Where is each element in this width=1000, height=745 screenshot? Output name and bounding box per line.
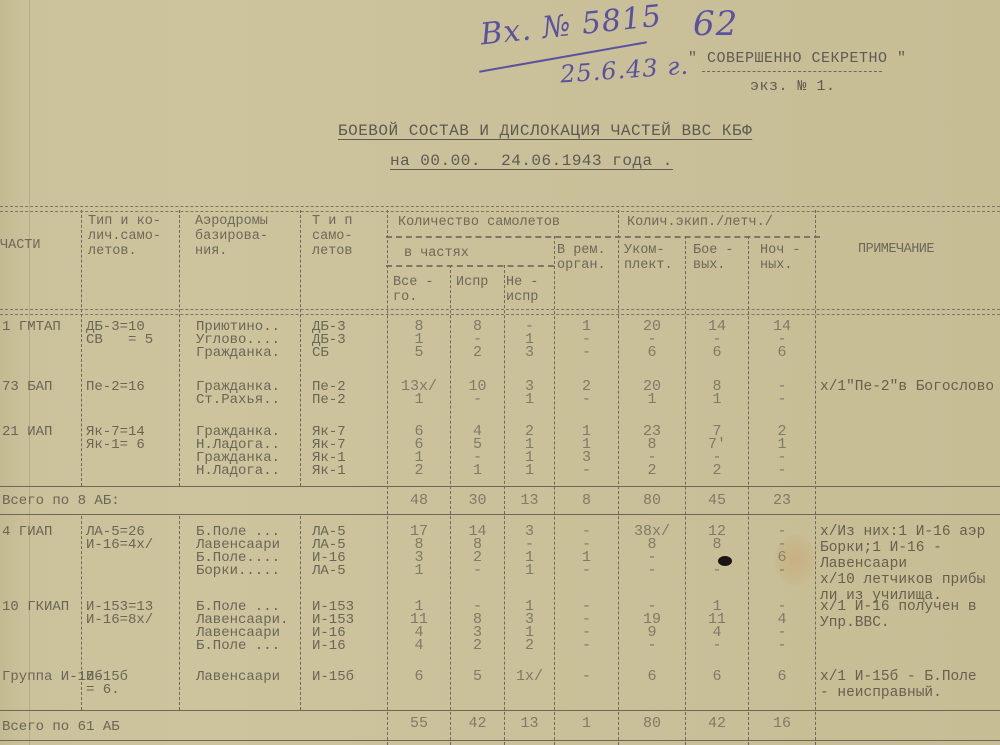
col-divider: [815, 210, 816, 745]
paper-fold: [29, 0, 30, 745]
handwritten-page-number: 62: [693, 4, 738, 44]
type-count: Як-1= 6: [86, 438, 145, 452]
cell-unserviceable: 1: [505, 564, 554, 578]
ink-blot: [718, 556, 732, 566]
col-header-type-count: Тип и ко-лич.само-летов.: [88, 214, 161, 259]
remark: - неисправный.: [820, 686, 942, 701]
col-header-unserviceable: Не -испр: [506, 275, 538, 305]
remark: х/1 И-16 получен в: [820, 600, 977, 615]
subtotal-1-top-rule: [0, 486, 1000, 487]
cell-complete: 2: [619, 464, 685, 478]
subtotal-cell: 1: [555, 717, 618, 731]
airfield: Б.Поле ...: [196, 639, 280, 653]
type-count: Пе-2=16: [86, 380, 145, 394]
cell-serviceable: -: [451, 393, 504, 407]
airfield: Борки.....: [196, 564, 280, 578]
col-header-remarks: ПРИМЕЧАНИЕ: [858, 242, 934, 257]
subtotal-cell: 13: [505, 717, 554, 731]
cell-combat: 6: [686, 346, 748, 360]
col-divider: [685, 236, 686, 745]
cell-combat: 8: [686, 538, 748, 552]
col-header-aircraft-count: Количество самолетов: [398, 215, 560, 230]
cell-unserviceable: 1х/: [505, 670, 554, 684]
cell-total: 6: [388, 670, 450, 684]
subtotal-cell: 55: [388, 717, 450, 731]
airfield: Ст.Рахья..: [196, 393, 280, 407]
remark: х/Из них:1 И-16 аэр: [820, 525, 985, 540]
unit-name: 21 ИАП: [2, 425, 52, 439]
airfield: Гражданка.: [196, 346, 280, 360]
aircraft-type: СБ: [312, 346, 329, 360]
cell-serviceable: -: [451, 564, 504, 578]
subtotal-cell: 16: [749, 717, 815, 731]
subtotal-cell: 45: [686, 494, 748, 508]
cell-night: -: [749, 393, 815, 407]
cell-total: 5: [388, 346, 450, 360]
cell-repair: -: [555, 670, 618, 684]
type-count: И-16=8х/: [86, 613, 153, 627]
cell-complete: 6: [619, 670, 685, 684]
subtotal-1-bottom-rule: [0, 514, 1000, 515]
copy-number: экз. № 1.: [750, 78, 836, 95]
subtotal-cell: 8: [555, 494, 618, 508]
cell-unserviceable: 1: [505, 464, 554, 478]
subtotal-cell: 13: [505, 494, 554, 508]
subtotal-cell: 42: [686, 717, 748, 731]
document-subtitle: на 00.00. 24.06.1943 года .: [390, 152, 673, 170]
unit-name: 10 ГКИАП: [2, 600, 69, 614]
subtotal-2-top-rule: [0, 710, 1000, 711]
table-top-rule: [0, 206, 1000, 212]
paper-stain: [775, 535, 815, 585]
cell-serviceable: 2: [451, 639, 504, 653]
cell-repair: -: [555, 564, 618, 578]
cell-combat: -: [686, 639, 748, 653]
col-divider: [300, 516, 301, 710]
cell-complete: 1: [619, 393, 685, 407]
col-divider: [748, 236, 749, 745]
document-title: БОЕВОЙ СОСТАВ И ДИСЛОКАЦИЯ ЧАСТЕЙ ВВС КБ…: [338, 122, 752, 140]
type-count: И-16=4х/: [86, 538, 153, 552]
type-count: СВ = 5: [86, 333, 153, 347]
aircraft-type: И-15б: [312, 670, 354, 684]
header-bottom-rule: [0, 309, 1000, 315]
cell-total: 2: [388, 464, 450, 478]
remark: х/1 И-15б - Б.Поле: [820, 670, 977, 685]
col-header-night: Ноч -ных.: [760, 243, 801, 273]
cell-combat: 2: [686, 464, 748, 478]
col-header-airfields: Аэродромыбазирова-ния.: [195, 214, 268, 259]
cell-night: -: [749, 464, 815, 478]
classification-stamp: " СОВЕРШЕННО СЕКРЕТНО ": [688, 50, 907, 67]
cell-combat: 6: [686, 670, 748, 684]
subtotal-cell: 23: [749, 494, 815, 508]
cell-combat: -: [686, 564, 748, 578]
remark: Борки;1 И-16 -: [820, 541, 942, 556]
cell-unserviceable: 1: [505, 393, 554, 407]
col-header-complete: Уком-плект.: [624, 243, 673, 273]
subtotal-cell: 80: [619, 494, 685, 508]
cell-complete: -: [619, 639, 685, 653]
cell-total: 4: [388, 639, 450, 653]
col-header-unit: ЧАСТИ: [0, 238, 41, 253]
col-header-total: Все -го.: [393, 275, 434, 305]
cell-unserviceable: 3: [505, 346, 554, 360]
airfield: Н.Ладога..: [196, 464, 280, 478]
classification-underline: [702, 71, 882, 72]
subtotal-cell: 80: [619, 717, 685, 731]
header-rule-1: [386, 236, 820, 238]
subtotal-2-label: Всего по 61 АБ: [2, 720, 120, 734]
col-header-aircraft-type: Т и псамо-летов: [312, 214, 353, 259]
aircraft-type: И-16: [312, 639, 346, 653]
subtotal-1-label: Всего по 8 АБ:: [2, 494, 120, 508]
cell-serviceable: 2: [451, 346, 504, 360]
col-divider: [300, 210, 301, 486]
aircraft-type: ЛА-5: [312, 564, 346, 578]
aircraft-type: Як-1: [312, 464, 346, 478]
col-header-serviceable: Испр: [456, 275, 488, 290]
subtotal-cell: 30: [451, 494, 504, 508]
cell-total: 1: [388, 564, 450, 578]
cell-repair: -: [555, 464, 618, 478]
cell-repair: -: [555, 393, 618, 407]
cell-night: 6: [749, 670, 815, 684]
type-count: = 6.: [86, 683, 120, 697]
unit-name: 73 БАП: [2, 380, 52, 394]
subtotal-cell: 42: [451, 717, 504, 731]
col-divider: [554, 236, 555, 745]
col-divider: [179, 210, 180, 486]
airfield: Лавенсаари: [196, 670, 280, 684]
remark: Лавенсаари: [820, 557, 907, 572]
col-divider: [179, 516, 180, 710]
col-header-in-units: в частях: [404, 246, 469, 261]
cell-combat: 1: [686, 393, 748, 407]
cell-night: -: [749, 639, 815, 653]
cell-complete: -: [619, 564, 685, 578]
cell-unserviceable: 2: [505, 639, 554, 653]
subtotal-cell: 48: [388, 494, 450, 508]
subtotal-2-bottom-rule: [0, 740, 1000, 741]
remark: Упр.ВВС.: [820, 616, 890, 631]
header-rule-2: [386, 265, 554, 267]
aircraft-type: Пе-2: [312, 393, 346, 407]
col-header-crews: Колич.экип./летч./: [627, 215, 773, 230]
col-divider: [81, 210, 82, 486]
cell-repair: -: [555, 346, 618, 360]
remark: х/10 летчиков прибы: [820, 573, 985, 588]
cell-serviceable: 5: [451, 670, 504, 684]
unit-name: 1 ГМТАП: [2, 320, 61, 334]
col-header-repair: В рем.орган.: [557, 243, 606, 273]
cell-serviceable: 1: [451, 464, 504, 478]
cell-night: 6: [749, 346, 815, 360]
cell-repair: -: [555, 639, 618, 653]
cell-complete: 6: [619, 346, 685, 360]
handwritten-date: 25.6.43 г.: [559, 52, 690, 89]
remark: х/1"Пе-2"в Богослово: [820, 380, 994, 395]
col-header-combat: Бое -вых.: [693, 243, 734, 273]
unit-name: 4 ГИАП: [2, 525, 52, 539]
cell-total: 1: [388, 393, 450, 407]
